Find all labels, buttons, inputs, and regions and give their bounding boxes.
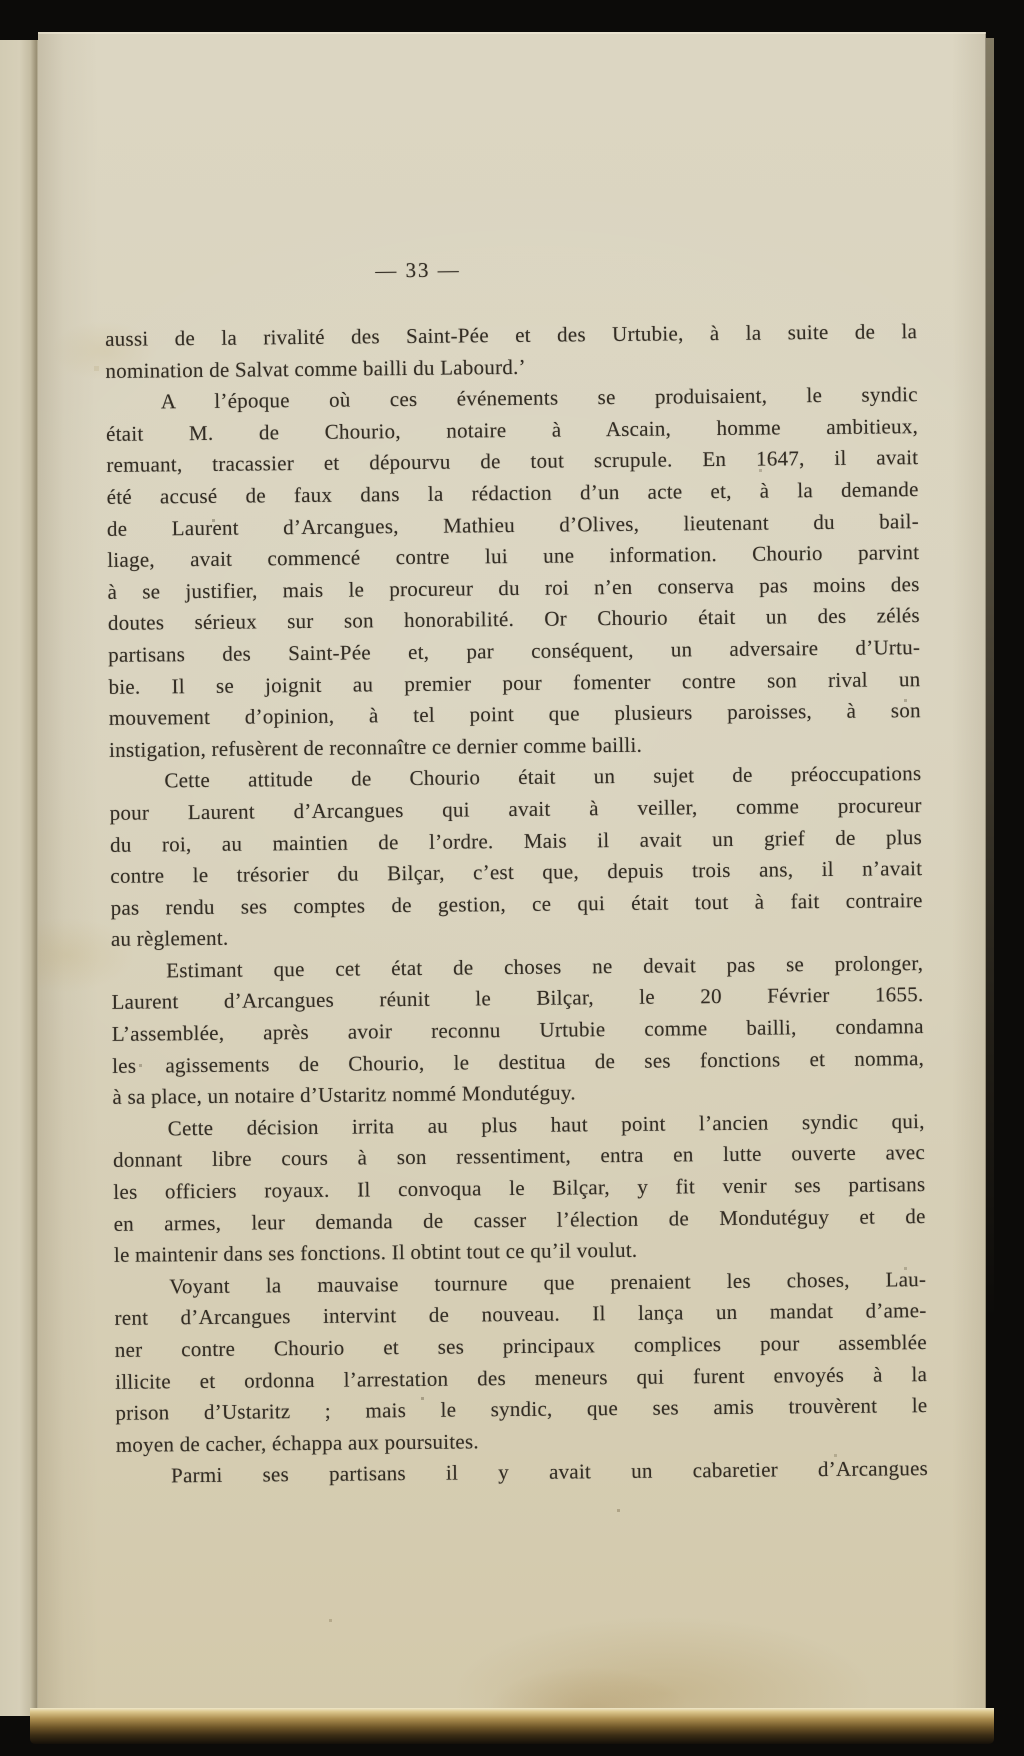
- paragraph: Cette décision irrita au plus haut point…: [113, 1106, 926, 1272]
- text-line: Parmi ses partisans il y avait un cabare…: [116, 1453, 928, 1492]
- page-edges-right: [986, 38, 994, 1318]
- page-edges-bottom: [30, 1708, 994, 1744]
- paragraph: aussi de la rivalité des Saint-Pée et de…: [105, 316, 918, 387]
- paper-specks: [0, 0, 1, 1]
- page-gutter-fold: [0, 40, 39, 1716]
- paragraph: Estimant que cet état de choses ne devai…: [111, 948, 924, 1114]
- paragraph: A l’époque où ces événements se produisa…: [106, 379, 922, 766]
- book-scan: — 33 — aussi de la rivalité des Saint-Pé…: [0, 0, 1024, 1756]
- book-page: — 33 — aussi de la rivalité des Saint-Pé…: [38, 32, 986, 1710]
- paragraph: Parmi ses partisans il y avait un cabare…: [116, 1453, 928, 1492]
- paragraph: Cette attitude de Chourio était un sujet…: [109, 758, 923, 955]
- paragraph: Voyant la mauvaise tournure que prenaien…: [114, 1264, 928, 1461]
- page-number: — 33 —: [278, 257, 558, 285]
- text-block: aussi de la rivalité des Saint-Pée et de…: [105, 316, 928, 1493]
